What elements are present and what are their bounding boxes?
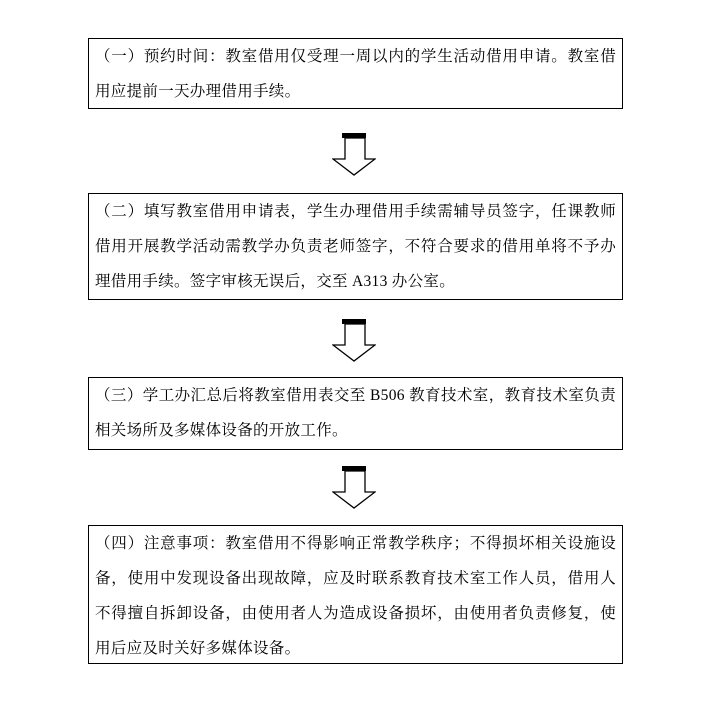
flow-step-1: （一）预约时间：教室借用仅受理一周以内的学生活动借用申请。教室借用应提前一天办理… [88, 38, 623, 109]
down-arrow-icon [332, 132, 376, 177]
flow-step-1-text: （一）预约时间：教室借用仅受理一周以内的学生活动借用申请。教室借用应提前一天办理… [95, 39, 616, 109]
flow-step-2: （二）填写教室借用申请表，学生办理借用手续需辅导员签字，任课教师借用开展教学活动… [88, 193, 623, 300]
flow-step-3-text: （三）学工办汇总后将教室借用表交至 B506 教育技术室，教育技术室负责相关场所… [95, 378, 616, 448]
down-arrow-icon [332, 465, 376, 510]
flow-step-3: （三）学工办汇总后将教室借用表交至 B506 教育技术室，教育技术室负责相关场所… [88, 377, 623, 450]
flow-step-2-text: （二）填写教室借用申请表，学生办理借用手续需辅导员签字，任课教师借用开展教学活动… [95, 194, 616, 299]
flow-step-4-text: （四）注意事项：教室借用不得影响正常教学秩序；不得损坏相关设施设备，使用中发现设… [95, 526, 616, 664]
flowchart-page: （一）预约时间：教室借用仅受理一周以内的学生活动借用申请。教室借用应提前一天办理… [0, 0, 705, 711]
down-arrow-icon [332, 318, 376, 363]
flow-step-4: （四）注意事项：教室借用不得影响正常教学秩序；不得损坏相关设施设备，使用中发现设… [88, 525, 623, 664]
